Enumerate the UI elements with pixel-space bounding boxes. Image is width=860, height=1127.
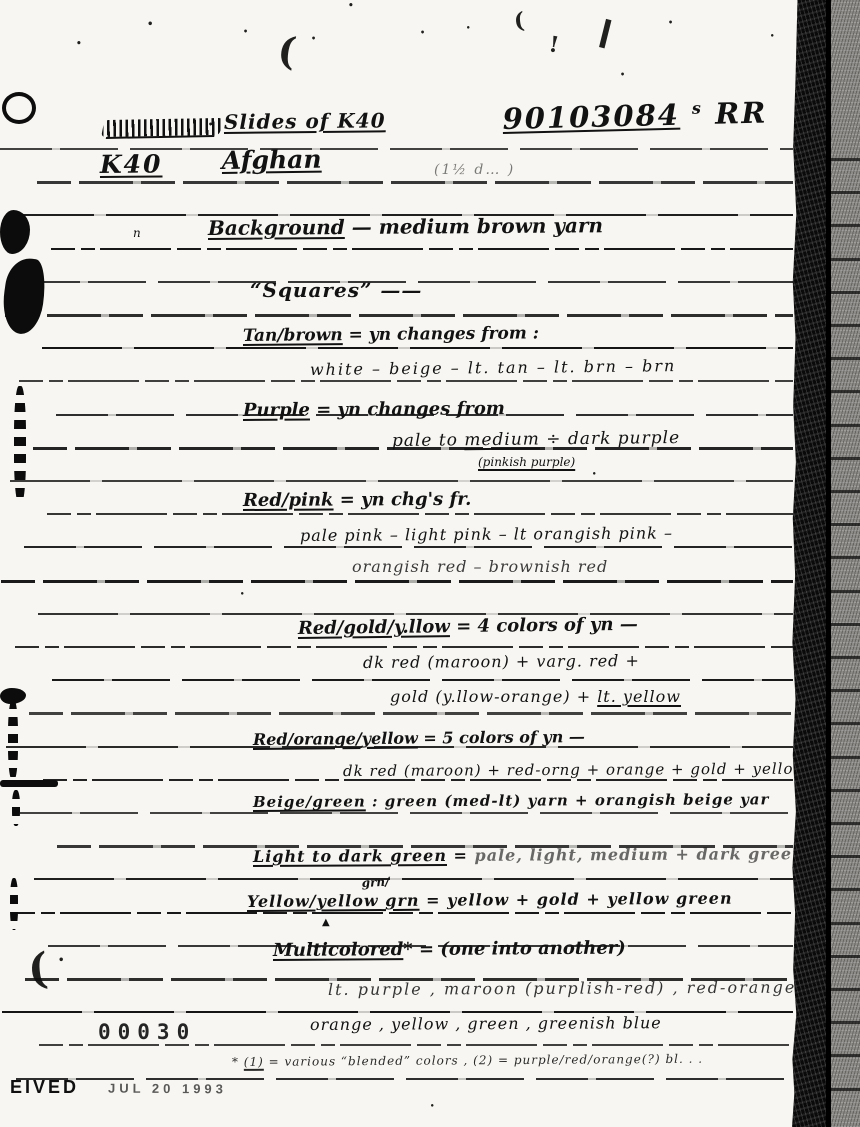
next-page-line-stub bbox=[831, 855, 860, 858]
next-page-line-stub bbox=[831, 722, 860, 725]
text-segment: (pinkish purple) bbox=[478, 455, 575, 469]
ink-speck: • bbox=[240, 590, 244, 597]
text-segment: —— bbox=[372, 278, 422, 302]
ink-speck: • bbox=[311, 34, 316, 42]
next-page-line-stub bbox=[831, 623, 860, 626]
ruled-line bbox=[52, 679, 793, 681]
text-segment: orangish red – brownish red bbox=[352, 557, 608, 576]
ruled-line bbox=[37, 181, 793, 184]
grn-insertion: grn/ bbox=[361, 875, 390, 890]
yellow-grn-line: Yellow/yellow grn = yellow + gold + yell… bbox=[247, 889, 733, 911]
multicolored-detail-2: orange , yellow , green , greenish blue bbox=[310, 1013, 662, 1034]
ruled-line bbox=[38, 613, 793, 615]
ink-speck: ( bbox=[26, 947, 49, 991]
next-page-line-stub bbox=[831, 888, 860, 891]
next-page-line-stub bbox=[831, 523, 860, 526]
next-page-line-stub bbox=[831, 1021, 860, 1024]
text-segment: Beige/green bbox=[253, 792, 366, 811]
text-segment: Red/gold/y.llow bbox=[298, 616, 450, 639]
notebook-page: ((!❙••••••••••(••••• Slides of K40901030… bbox=[0, 0, 860, 1127]
ink-scribble bbox=[101, 118, 223, 137]
ruled-line bbox=[16, 1078, 793, 1080]
text-segment: (1) bbox=[244, 1055, 264, 1069]
ink-speck: • bbox=[348, 2, 354, 11]
purple-detail: pale to medium ÷ dark purple bbox=[392, 428, 680, 451]
text-segment: : green (med-lt) yarn + orangish beige y… bbox=[366, 790, 770, 810]
text-segment: Light to dark green bbox=[253, 846, 447, 866]
k40-label: K40 bbox=[100, 149, 163, 179]
ink-speck: ! bbox=[547, 33, 560, 56]
text-segment: = yn changes from bbox=[310, 398, 505, 420]
ruled-line bbox=[24, 546, 793, 548]
ruled-line bbox=[5, 314, 793, 317]
ruled-line bbox=[2, 1011, 793, 1013]
ink-speck: • bbox=[668, 18, 673, 26]
ink-speck: • bbox=[420, 28, 425, 36]
ruled-line bbox=[51, 248, 793, 250]
text-segment: “Squares” bbox=[250, 278, 372, 302]
text-segment: * bbox=[232, 1055, 244, 1069]
next-page-line-stub bbox=[831, 922, 860, 925]
text-segment: (1½ d… ) bbox=[434, 162, 515, 178]
ink-speck: ( bbox=[513, 10, 526, 33]
text-segment: pale pink – light pink – lt orangish pin… bbox=[300, 523, 673, 545]
next-page-line-stub bbox=[831, 158, 860, 161]
next-page-line-stub bbox=[831, 191, 860, 194]
next-page-line-stub bbox=[831, 490, 860, 493]
ink-speck: • bbox=[147, 20, 153, 30]
text-segment: Tan/brown bbox=[243, 325, 343, 346]
beige-green-line: Beige/green : green (med-lt) yarn + oran… bbox=[253, 790, 770, 811]
text-segment: s bbox=[692, 98, 703, 117]
received-date-stamp: JUL 20 1993 bbox=[108, 1081, 227, 1097]
text-segment: = bbox=[447, 846, 475, 865]
purple-heading: Purple = yn changes from bbox=[243, 398, 505, 421]
text-segment: = yn chg's fr. bbox=[333, 489, 471, 511]
text-segment: Multicolored bbox=[273, 939, 403, 961]
next-page-line-stub bbox=[831, 1054, 860, 1057]
text-segment: = 4 colors of yn — bbox=[450, 614, 638, 637]
text-segment: Red/pink bbox=[243, 490, 334, 511]
ink-blob2 bbox=[0, 256, 49, 337]
text-segment: lt. yellow bbox=[597, 687, 681, 706]
ink-speck: ( bbox=[275, 31, 298, 71]
ink-vdots bbox=[8, 700, 18, 780]
next-page-line-stub bbox=[831, 357, 860, 360]
text-segment: = 5 colors of yn — bbox=[418, 727, 585, 747]
text-segment: white – beige – lt. tan – lt. brn – brn bbox=[310, 356, 677, 379]
ink-speck: • bbox=[770, 32, 774, 39]
next-page-line-stub bbox=[831, 258, 860, 261]
next-page-line-stub bbox=[831, 789, 860, 792]
next-page-line-stub bbox=[831, 590, 860, 593]
text-segment: pale to bbox=[392, 430, 465, 451]
ink-speck: ❙ bbox=[591, 16, 621, 49]
text-segment: ÷ dark purple bbox=[540, 428, 680, 449]
text-segment: gold (y.llow-orange) + bbox=[390, 687, 597, 706]
text-segment: orange , yellow , green , greenish blue bbox=[310, 1013, 662, 1034]
ink-speck: • bbox=[76, 40, 82, 49]
purple-note: (pinkish purple) bbox=[478, 455, 575, 469]
red-gold-detail-1: dk red (maroon) + varg. red + bbox=[363, 651, 640, 672]
text-segment: = yellow + gold + yellow green bbox=[419, 889, 732, 910]
text-segment: dk red (maroon) + red-orng + orange + go… bbox=[343, 759, 823, 780]
red-gold-heading: Red/gold/y.llow = 4 colors of yn — bbox=[298, 614, 638, 639]
next-page-line-stub bbox=[831, 955, 860, 958]
footnote: * (1) = various “blended” colors , (2) =… bbox=[232, 1052, 703, 1069]
ruled-line bbox=[29, 712, 793, 715]
text-segment: * = (one into another) bbox=[403, 938, 626, 961]
ink-speck: • bbox=[592, 470, 596, 477]
ruled-line bbox=[34, 878, 793, 880]
tan-brown-detail: white – beige – lt. tan – lt. brn – brn bbox=[310, 356, 677, 379]
ruled-line bbox=[19, 380, 793, 382]
page-number-stamp: 00030 bbox=[98, 1020, 196, 1044]
next-page-line-stub bbox=[831, 756, 860, 759]
text-segment: Yellow/yellow grn bbox=[247, 891, 420, 911]
text-segment: grn/ bbox=[361, 875, 390, 890]
next-page-line-stub bbox=[831, 291, 860, 294]
red-pink-heading: Red/pink = yn chg's fr. bbox=[243, 489, 471, 511]
text-segment: — medium brown yarn bbox=[345, 213, 603, 239]
next-page-line-stub bbox=[831, 689, 860, 692]
next-page-line-stub bbox=[831, 656, 860, 659]
ink-speck: • bbox=[243, 27, 248, 35]
text-segment: lt. purple , maroon (purplish-red) , red… bbox=[328, 978, 803, 999]
next-page-line-stub bbox=[831, 424, 860, 427]
ruled-line bbox=[10, 480, 793, 482]
ink-speck: • bbox=[430, 1102, 434, 1109]
light-dark-green-line: Light to dark green = pale, light, mediu… bbox=[253, 844, 805, 866]
next-page-line-stub bbox=[831, 457, 860, 460]
next-page-line-stub bbox=[831, 324, 860, 327]
ruled-line bbox=[1, 580, 793, 583]
text-segment: Slides of K40 bbox=[224, 108, 386, 134]
text-segment: medium bbox=[464, 429, 540, 450]
next-page-line-stub bbox=[831, 988, 860, 991]
text-segment: = various “blended” colors , (2) = purpl… bbox=[264, 1052, 703, 1069]
ink-vdots bbox=[12, 790, 20, 826]
next-page-line-stub bbox=[831, 1088, 860, 1091]
red-orange-heading: Red/orange/yellow = 5 colors of yn — bbox=[253, 727, 585, 749]
text-segment: Afghan bbox=[222, 145, 322, 175]
ink-vdots bbox=[10, 878, 18, 930]
next-page-line-stub bbox=[831, 556, 860, 559]
text-segment: = yn changes from : bbox=[343, 323, 539, 345]
tan-brown-heading: Tan/brown = yn changes from : bbox=[243, 323, 539, 346]
next-page-line-stub bbox=[831, 822, 860, 825]
red-orange-detail: dk red (maroon) + red-orng + orange + go… bbox=[343, 759, 823, 780]
afghan-label: Afghan bbox=[222, 145, 322, 175]
red-pink-detail-2: orangish red – brownish red bbox=[352, 557, 608, 576]
doc-number: 90103084 s RR bbox=[502, 96, 768, 136]
next-page-line-stub bbox=[831, 224, 860, 227]
ruled-line bbox=[11, 912, 793, 914]
text-segment: K40 bbox=[100, 149, 163, 179]
ink-speck: • bbox=[58, 956, 64, 966]
ink-hbar bbox=[0, 780, 58, 787]
text-segment: RR bbox=[703, 96, 768, 132]
text-segment: n bbox=[133, 226, 141, 240]
text-segment bbox=[680, 97, 693, 131]
received-stamp: EIVED bbox=[10, 1077, 79, 1098]
text-segment: pale, light, medium + dark green bbox=[474, 844, 804, 865]
ruled-line bbox=[47, 513, 793, 515]
afghan-note: (1½ d… ) bbox=[434, 162, 515, 178]
background-line: Background — medium brown yarn bbox=[208, 213, 603, 240]
background-marker: n bbox=[133, 226, 141, 240]
text-segment: Background bbox=[208, 215, 345, 240]
text-segment: Purple bbox=[243, 400, 310, 421]
text-segment: 90103084 bbox=[502, 98, 680, 136]
red-pink-detail-1: pale pink – light pink – lt orangish pin… bbox=[300, 523, 673, 545]
text-segment: Red/orange/yellow bbox=[253, 729, 418, 749]
red-gold-detail-2: gold (y.llow-orange) + lt. yellow bbox=[390, 687, 681, 706]
ink-speck: • bbox=[620, 70, 625, 78]
multicolored-heading: Multicolored* = (one into another) bbox=[273, 938, 626, 961]
ink-ring bbox=[2, 92, 36, 124]
ruled-line bbox=[39, 1044, 793, 1046]
ink-blob bbox=[0, 210, 30, 254]
text-segment: ▲ bbox=[322, 917, 330, 928]
squares-heading: “Squares” —— bbox=[250, 278, 422, 302]
ink-speck: • bbox=[466, 24, 470, 31]
next-page-line-stub bbox=[831, 390, 860, 393]
ruled-line bbox=[15, 646, 793, 648]
insertion-caret: ▲ bbox=[322, 917, 330, 928]
ink-vdots bbox=[14, 386, 26, 504]
header-title: Slides of K40 bbox=[224, 108, 386, 134]
ruled-line bbox=[42, 347, 793, 349]
ruled-line bbox=[20, 812, 793, 814]
text-segment: dk red (maroon) + varg. red + bbox=[363, 651, 640, 672]
multicolored-detail-1: lt. purple , maroon (purplish-red) , red… bbox=[328, 978, 803, 999]
